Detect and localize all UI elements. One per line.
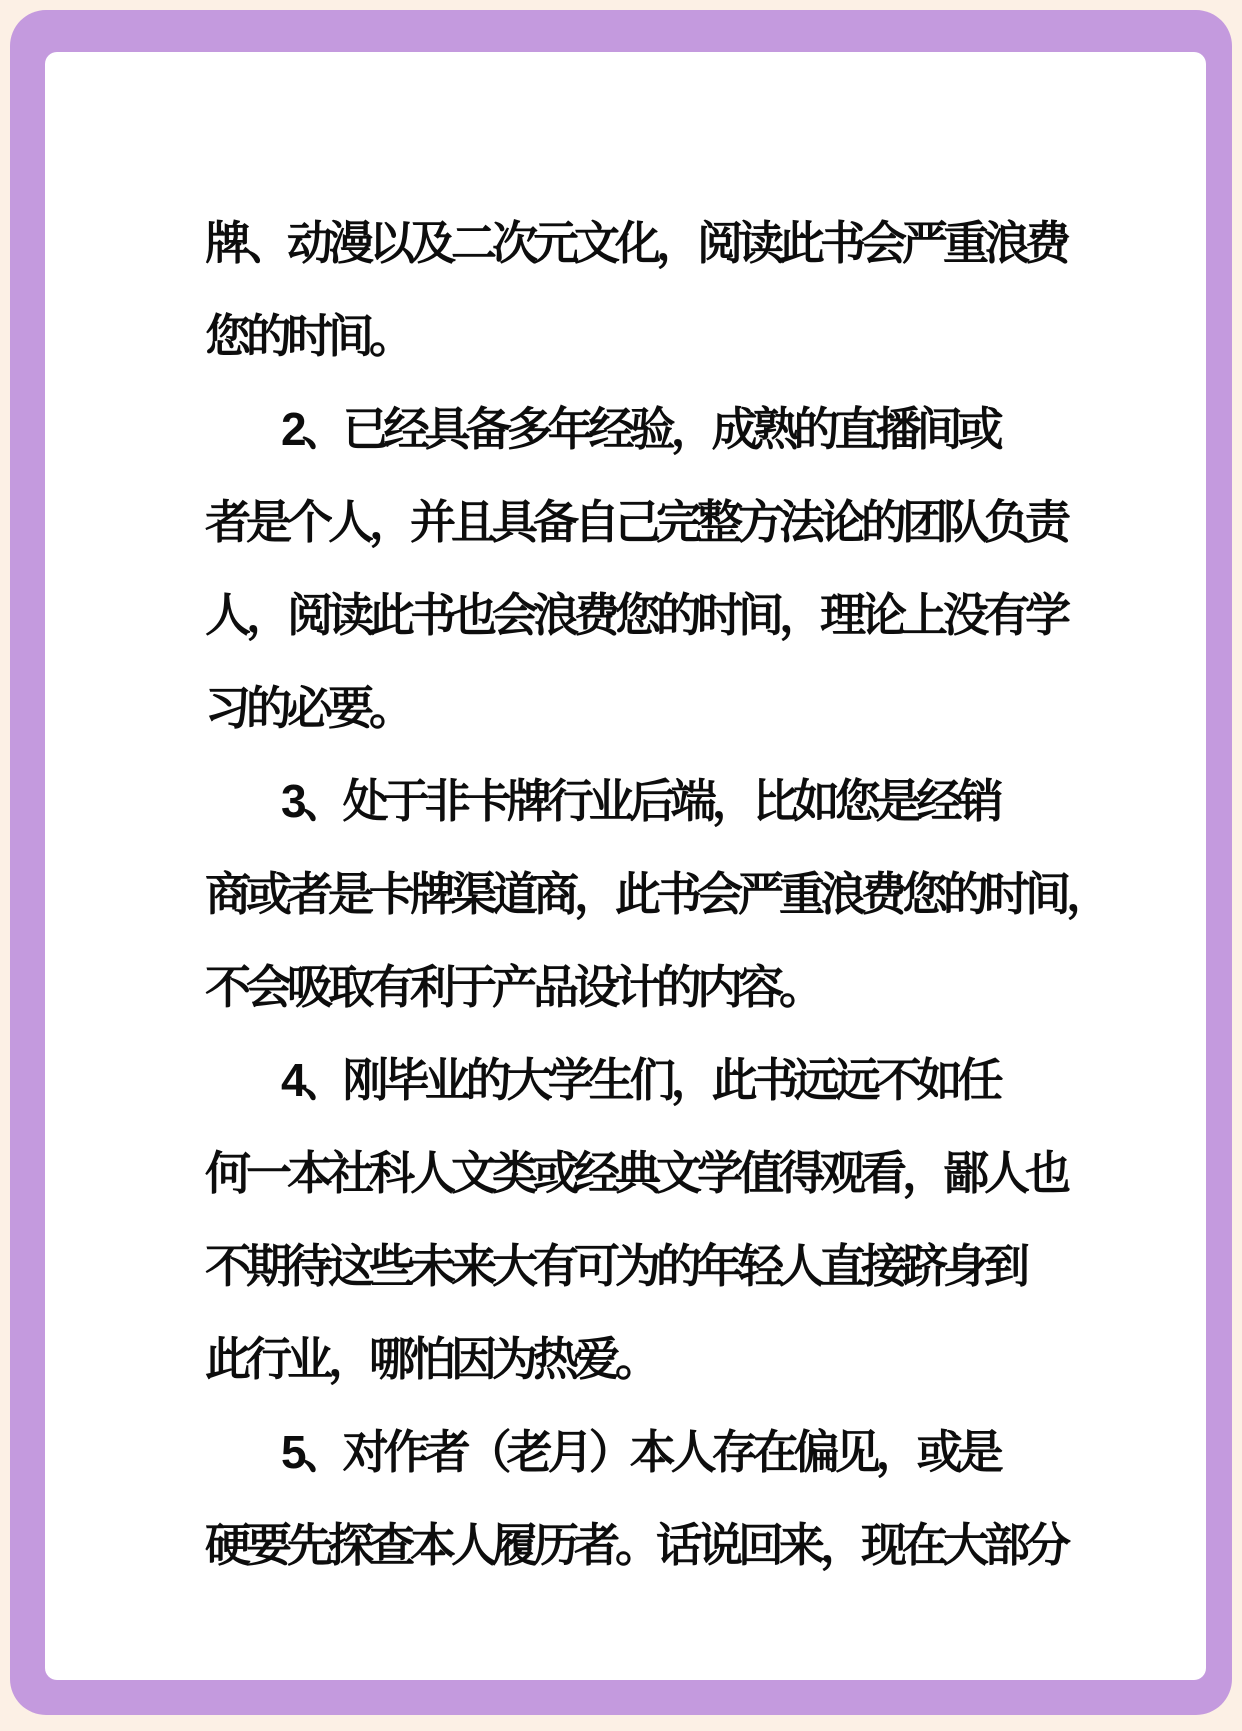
paragraph-line: 2、已经具备多年经验，成熟的直播间或 — [205, 383, 1165, 476]
paragraph-line: 者是个人，并且具备自己完整方法论的团队负责 — [205, 476, 1165, 569]
decorative-frame: 牌、动漫以及二次元文化，阅读此书会严重浪费 您的时间。 2、已经具备多年经验，成… — [10, 10, 1232, 1715]
page-background: 牌、动漫以及二次元文化，阅读此书会严重浪费 您的时间。 2、已经具备多年经验，成… — [0, 0, 1242, 1731]
paragraph-line: 不会吸取有利于产品设计的内容。 — [205, 941, 1165, 1034]
paragraph-line: 牌、动漫以及二次元文化，阅读此书会严重浪费 — [205, 197, 1165, 290]
paragraph-line: 此行业，哪怕因为热爱。 — [205, 1313, 1165, 1406]
paragraph-line: 您的时间。 — [205, 290, 1165, 383]
paragraph-line: 不期待这些未来大有可为的年轻人直接跻身到 — [205, 1220, 1165, 1313]
paragraph-line: 5、对作者（老月）本人存在偏见，或是 — [205, 1406, 1165, 1499]
paragraph-line: 硬要先探查本人履历者。话说回来，现在大部分 — [205, 1499, 1165, 1592]
paragraph-line: 人，阅读此书也会浪费您的时间，理论上没有学 — [205, 569, 1165, 662]
paragraph-line: 习的必要。 — [205, 662, 1165, 755]
paragraph-line: 商或者是卡牌渠道商，此书会严重浪费您的时间， — [205, 848, 1165, 941]
body-text: 牌、动漫以及二次元文化，阅读此书会严重浪费 您的时间。 2、已经具备多年经验，成… — [205, 197, 1165, 1592]
paragraph-line: 何一本社科人文类或经典文学值得观看，鄙人也 — [205, 1127, 1165, 1220]
paragraph-line: 3、处于非卡牌行业后端，比如您是经销 — [205, 755, 1165, 848]
paragraph-line: 4、刚毕业的大学生们，此书远远不如任 — [205, 1034, 1165, 1127]
content-card: 牌、动漫以及二次元文化，阅读此书会严重浪费 您的时间。 2、已经具备多年经验，成… — [45, 52, 1206, 1680]
